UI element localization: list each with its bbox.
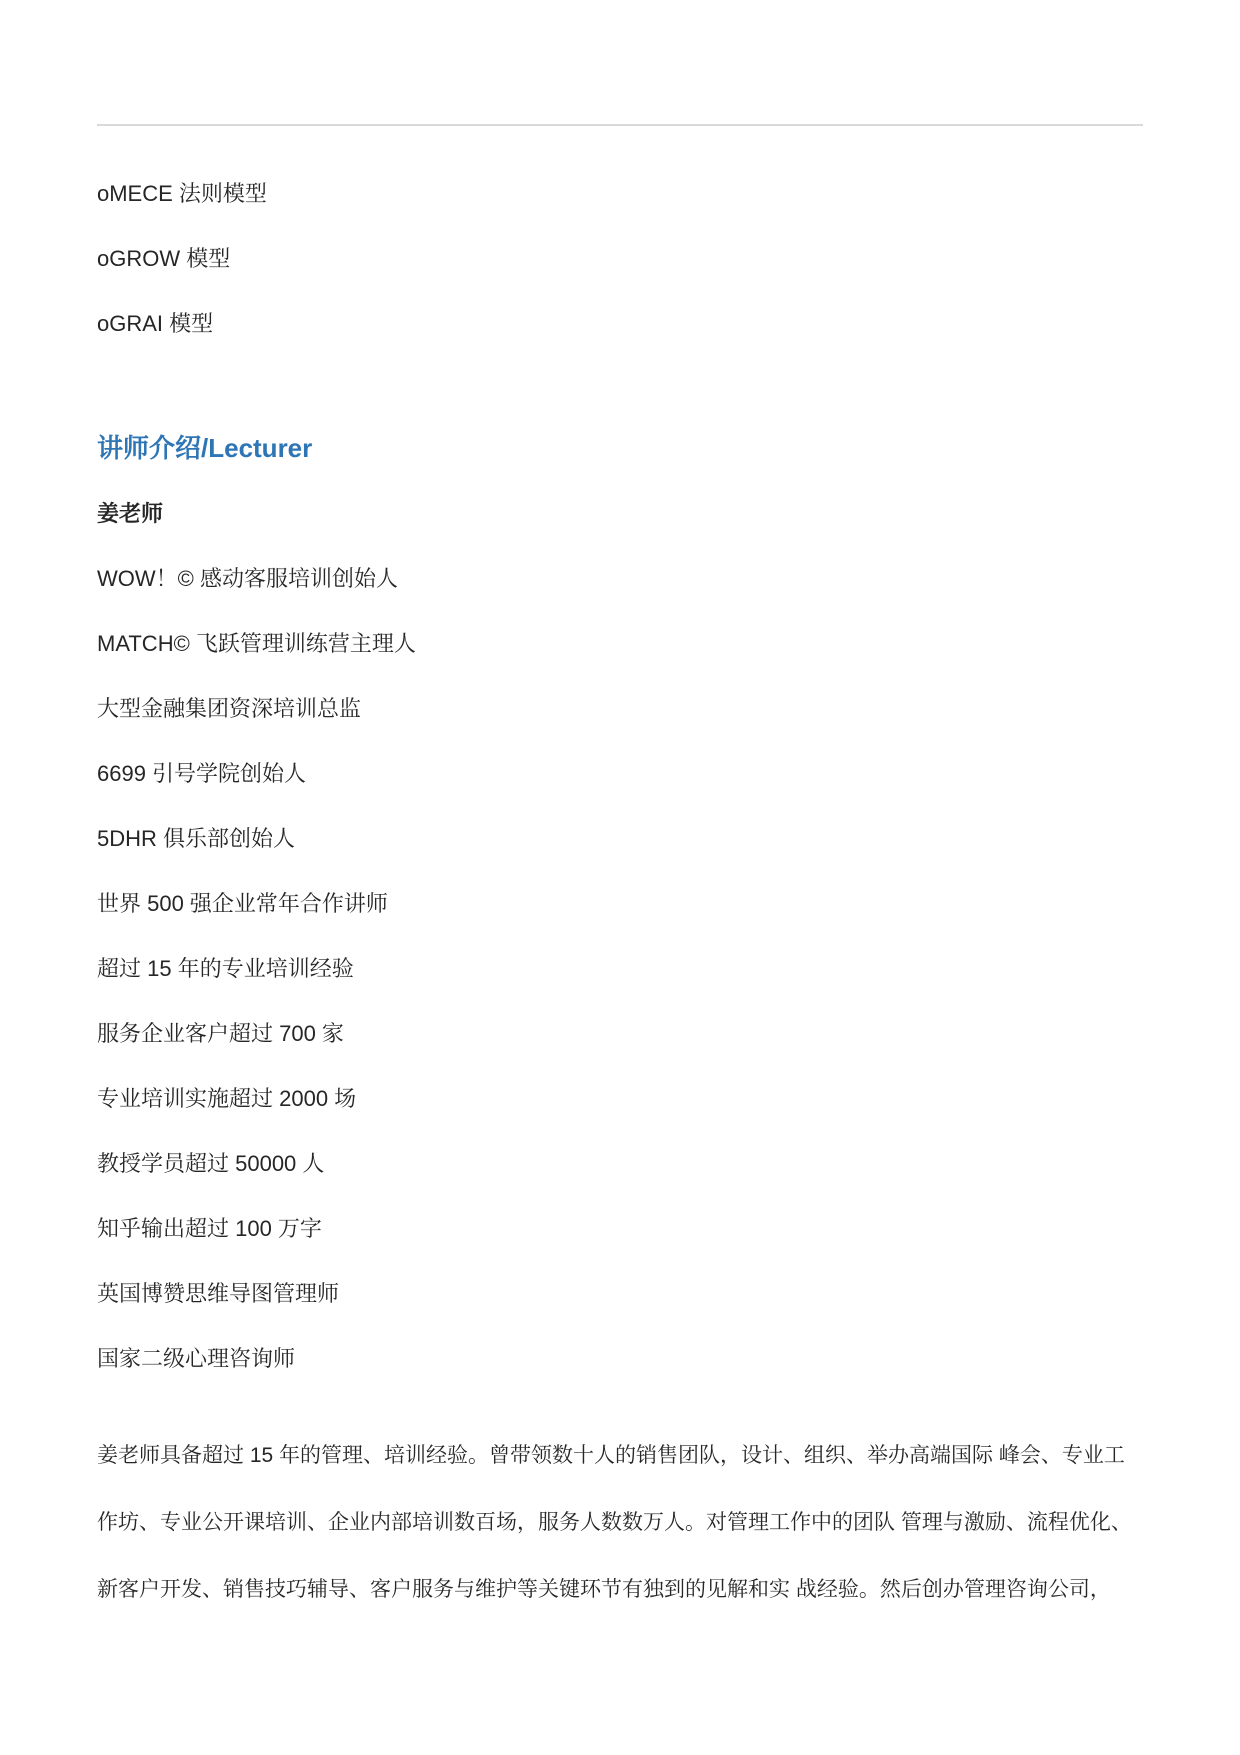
credential-line: 知乎输出超过 100 万字 bbox=[97, 1215, 1143, 1243]
document-content: oMECE 法则模型 oGROW 模型 oGRAI 模型 讲师介绍/Lectur… bbox=[97, 124, 1143, 1623]
credential-line: 国家二级心理咨询师 bbox=[97, 1345, 1143, 1373]
bio-paragraph-line: 作坊、专业公开课培训、企业内部培训数百场，服务人数数万人。对管理工作中的团队 管… bbox=[97, 1489, 1143, 1556]
section-heading-lecturer: 讲师介绍/Lecturer bbox=[97, 430, 1143, 466]
credential-line: 世界 500 强企业常年合作讲师 bbox=[97, 890, 1143, 918]
bio-paragraph-line: 新客户开发、销售技巧辅导、客户服务与维护等关键环节有独到的见解和实 战经验。然后… bbox=[97, 1556, 1143, 1623]
lecturer-bio-paragraph: 姜老师具备超过 15 年的管理、培训经验。曾带领数十人的销售团队，设计、组织、举… bbox=[97, 1422, 1143, 1623]
header-separator-line bbox=[97, 124, 1143, 126]
credential-line: WOW！© 感动客服培训创始人 bbox=[97, 565, 1143, 593]
document-page: oMECE 法则模型 oGROW 模型 oGRAI 模型 讲师介绍/Lectur… bbox=[0, 0, 1240, 1755]
lecturer-name: 姜老师 bbox=[97, 500, 1143, 528]
bullet-list-item-grai: oGRAI 模型 bbox=[97, 310, 1143, 338]
bullet-list-item-grow: oGROW 模型 bbox=[97, 245, 1143, 273]
bio-paragraph-line: 姜老师具备超过 15 年的管理、培训经验。曾带领数十人的销售团队，设计、组织、举… bbox=[97, 1422, 1143, 1489]
credential-line: 专业培训实施超过 2000 场 bbox=[97, 1085, 1143, 1113]
credential-line: 超过 15 年的专业培训经验 bbox=[97, 955, 1143, 983]
credential-line: 5DHR 俱乐部创始人 bbox=[97, 825, 1143, 853]
bullet-list-item-mece: oMECE 法则模型 bbox=[97, 180, 1143, 208]
credential-line: 6699 引号学院创始人 bbox=[97, 760, 1143, 788]
credential-line: 服务企业客户超过 700 家 bbox=[97, 1020, 1143, 1048]
credential-line: 大型金融集团资深培训总监 bbox=[97, 695, 1143, 723]
credential-line: MATCH© 飞跃管理训练营主理人 bbox=[97, 630, 1143, 658]
credential-line: 教授学员超过 50000 人 bbox=[97, 1150, 1143, 1178]
credential-line: 英国博赞思维导图管理师 bbox=[97, 1280, 1143, 1308]
